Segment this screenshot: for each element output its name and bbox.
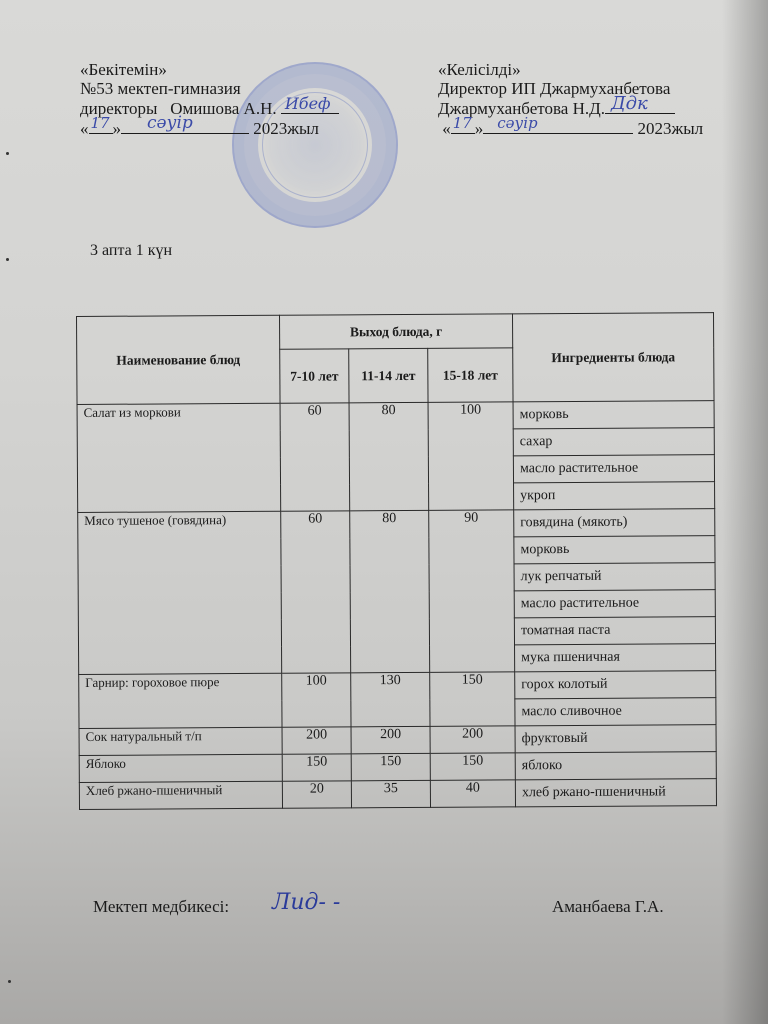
nurse-signature: Лид- - — [272, 890, 340, 915]
header-ingredients: Ингредиенты блюда — [512, 313, 714, 402]
ingredient: яблоко — [515, 752, 716, 780]
agreement-signature-line: Ддк — [605, 98, 675, 114]
ingredient: морковь — [513, 401, 714, 429]
dish-name: Яблоко — [79, 754, 282, 782]
table-row: Хлеб ржано-пшеничный203540хлеб ржано-пше… — [79, 779, 716, 810]
yield-15-18: 150 — [430, 672, 515, 727]
header-dish-name: Наименование блюд — [77, 315, 281, 404]
margin-dot — [8, 980, 11, 983]
agreement-date: «17»сәуір 2023жыл — [438, 118, 738, 138]
yield-15-18: 90 — [429, 510, 515, 673]
ingredient: масло растительное — [513, 455, 714, 483]
ingredient: хлеб ржано-пшеничный — [515, 779, 716, 807]
menu-table: Наименование блюд Выход блюда, г Ингреди… — [76, 312, 717, 810]
ingredient: томатная паста — [514, 617, 715, 645]
approval-month-line: сәуір — [121, 118, 249, 134]
yield-15-18: 40 — [430, 780, 515, 808]
approval-signature: Ибеф — [285, 94, 331, 113]
yield-11-14: 130 — [351, 672, 430, 726]
agreement-block: «Келісілді» Директор ИП Джармуханбетова … — [438, 60, 738, 138]
ingredient: горох колотый — [515, 671, 716, 699]
header-yield: Выход блюда, г — [279, 314, 512, 349]
yield-7-10: 200 — [282, 727, 351, 754]
agreement-director-name-line: Джармуханбетова Н.Д.Ддк — [438, 98, 738, 118]
header-age-11-14: 11-14 лет — [349, 348, 428, 402]
agreement-month: сәуір — [497, 114, 537, 133]
approval-heading: «Бекітемін» — [80, 60, 380, 79]
menu-table-body: Салат из моркови6080100морковьсахармасло… — [77, 401, 716, 810]
approval-day: 17 — [91, 114, 110, 133]
approval-month: сәуір — [147, 114, 193, 133]
approval-date-close: » — [113, 119, 122, 138]
table-row: Гарнир: гороховое пюре100130150горох кол… — [79, 671, 716, 702]
nurse-label: Мектеп медбикесі: — [93, 897, 229, 917]
agreement-month-line: сәуір — [483, 118, 633, 134]
yield-7-10: 60 — [280, 403, 350, 511]
margin-dot — [6, 152, 9, 155]
dish-name: Салат из моркови — [77, 403, 281, 512]
yield-15-18: 150 — [430, 753, 515, 781]
week-day-label: 3 апта 1 күн — [90, 242, 172, 260]
yield-7-10: 60 — [281, 511, 351, 673]
dish-name: Гарнир: гороховое пюре — [79, 673, 282, 728]
agreement-signature: Ддк — [611, 94, 648, 113]
ingredient: укроп — [514, 482, 715, 510]
yield-15-18: 200 — [430, 726, 515, 754]
ingredient: говядина (мякоть) — [514, 509, 715, 537]
ingredient: лук репчатый — [514, 563, 715, 591]
ingredient: сахар — [513, 428, 714, 456]
approval-date-open: « — [80, 119, 89, 138]
yield-7-10: 150 — [282, 754, 351, 781]
approval-date: «17»сәуір 2023жыл — [80, 118, 380, 138]
yield-11-14: 200 — [351, 726, 430, 753]
approval-day-line: 17 — [89, 118, 113, 134]
approval-school: №53 мектеп-гимназия — [80, 79, 380, 98]
ingredient: морковь — [514, 536, 715, 564]
agreement-day: 17 — [453, 114, 472, 133]
ingredient: масло растительное — [514, 590, 715, 618]
table-row: Салат из моркови6080100морковь — [77, 401, 714, 432]
yield-7-10: 100 — [282, 673, 351, 727]
ingredient: мука пшеничная — [515, 644, 716, 672]
agreement-director: Директор ИП Джармуханбетова — [438, 79, 738, 98]
dish-name: Хлеб ржано-пшеничный — [79, 781, 282, 809]
table-row: Сок натуральный т/п200200200фруктовый — [79, 725, 716, 756]
header-age-7-10: 7-10 лет — [280, 349, 349, 403]
nurse-name: Аманбаева Г.А. — [552, 897, 664, 917]
agreement-date-open: « — [442, 119, 451, 138]
yield-15-18: 100 — [428, 402, 514, 511]
approval-signature-line: Ибеф — [281, 98, 339, 114]
table-row: Яблоко150150150яблоко — [79, 752, 716, 783]
approval-block: «Бекітемін» №53 мектеп-гимназия директор… — [80, 60, 380, 138]
yield-7-10: 20 — [282, 781, 351, 808]
agreement-date-close: » — [475, 119, 484, 138]
header-age-15-18: 15-18 лет — [428, 348, 513, 403]
yield-11-14: 80 — [350, 510, 430, 672]
approval-year: 2023жыл — [253, 119, 319, 138]
ingredient: масло сливочное — [515, 698, 716, 726]
margin-dot — [6, 258, 9, 261]
dish-name: Мясо тушеное (говядина) — [78, 511, 282, 674]
yield-11-14: 150 — [351, 753, 430, 780]
yield-11-14: 80 — [349, 402, 429, 510]
agreement-day-line: 17 — [451, 118, 475, 134]
ingredient: фруктовый — [515, 725, 716, 753]
yield-11-14: 35 — [351, 780, 430, 807]
table-row: Мясо тушеное (говядина)608090говядина (м… — [78, 509, 715, 540]
dish-name: Сок натуральный т/п — [79, 727, 282, 755]
agreement-heading: «Келісілді» — [438, 60, 738, 79]
agreement-year: 2023жыл — [638, 119, 704, 138]
approval-director: директоры Омишова А.Н. Ибеф — [80, 98, 380, 118]
